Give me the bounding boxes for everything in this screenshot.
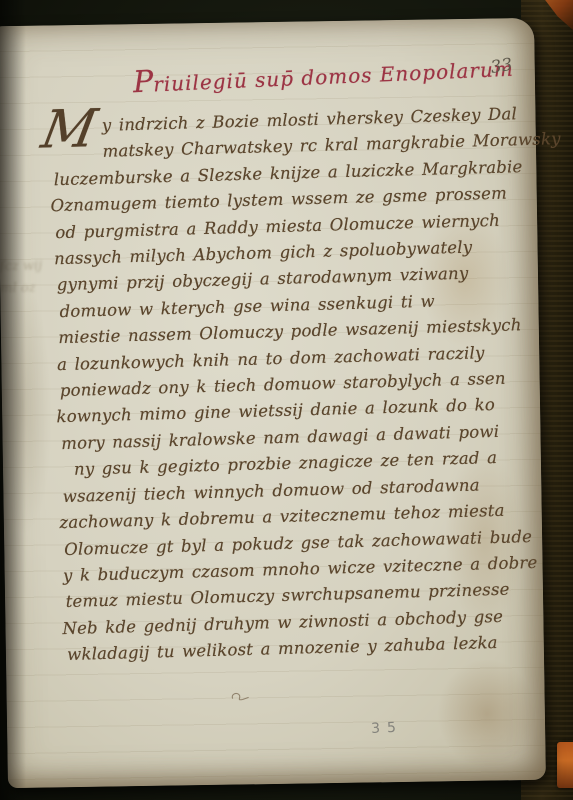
photo-background: ſcz wij ml oz Priuilegiū sup̄ domos Enop… xyxy=(0,0,573,800)
ink-squiggle xyxy=(229,690,255,704)
decorated-initial: M xyxy=(38,107,100,153)
rubric-heading: Priuilegiū sup̄ domos Enopolarum xyxy=(132,49,503,100)
folio-number: 33 xyxy=(489,55,513,78)
rubric-text: riuilegiū sup̄ domos Enopolarum xyxy=(153,57,514,97)
rubric-initial-swash: P xyxy=(132,65,152,101)
age-stain xyxy=(436,658,538,770)
stamp-number: 35 xyxy=(371,719,404,737)
verso-showthrough: ſcz wij ml oz xyxy=(0,256,50,517)
manuscript-text-block: M y indrzich z Bozie mlosti vherskey Cze… xyxy=(50,101,527,668)
leather-clasp-bottom xyxy=(557,742,573,788)
manuscript-page: ſcz wij ml oz Priuilegiū sup̄ domos Enop… xyxy=(0,18,546,788)
age-stain xyxy=(0,275,54,536)
